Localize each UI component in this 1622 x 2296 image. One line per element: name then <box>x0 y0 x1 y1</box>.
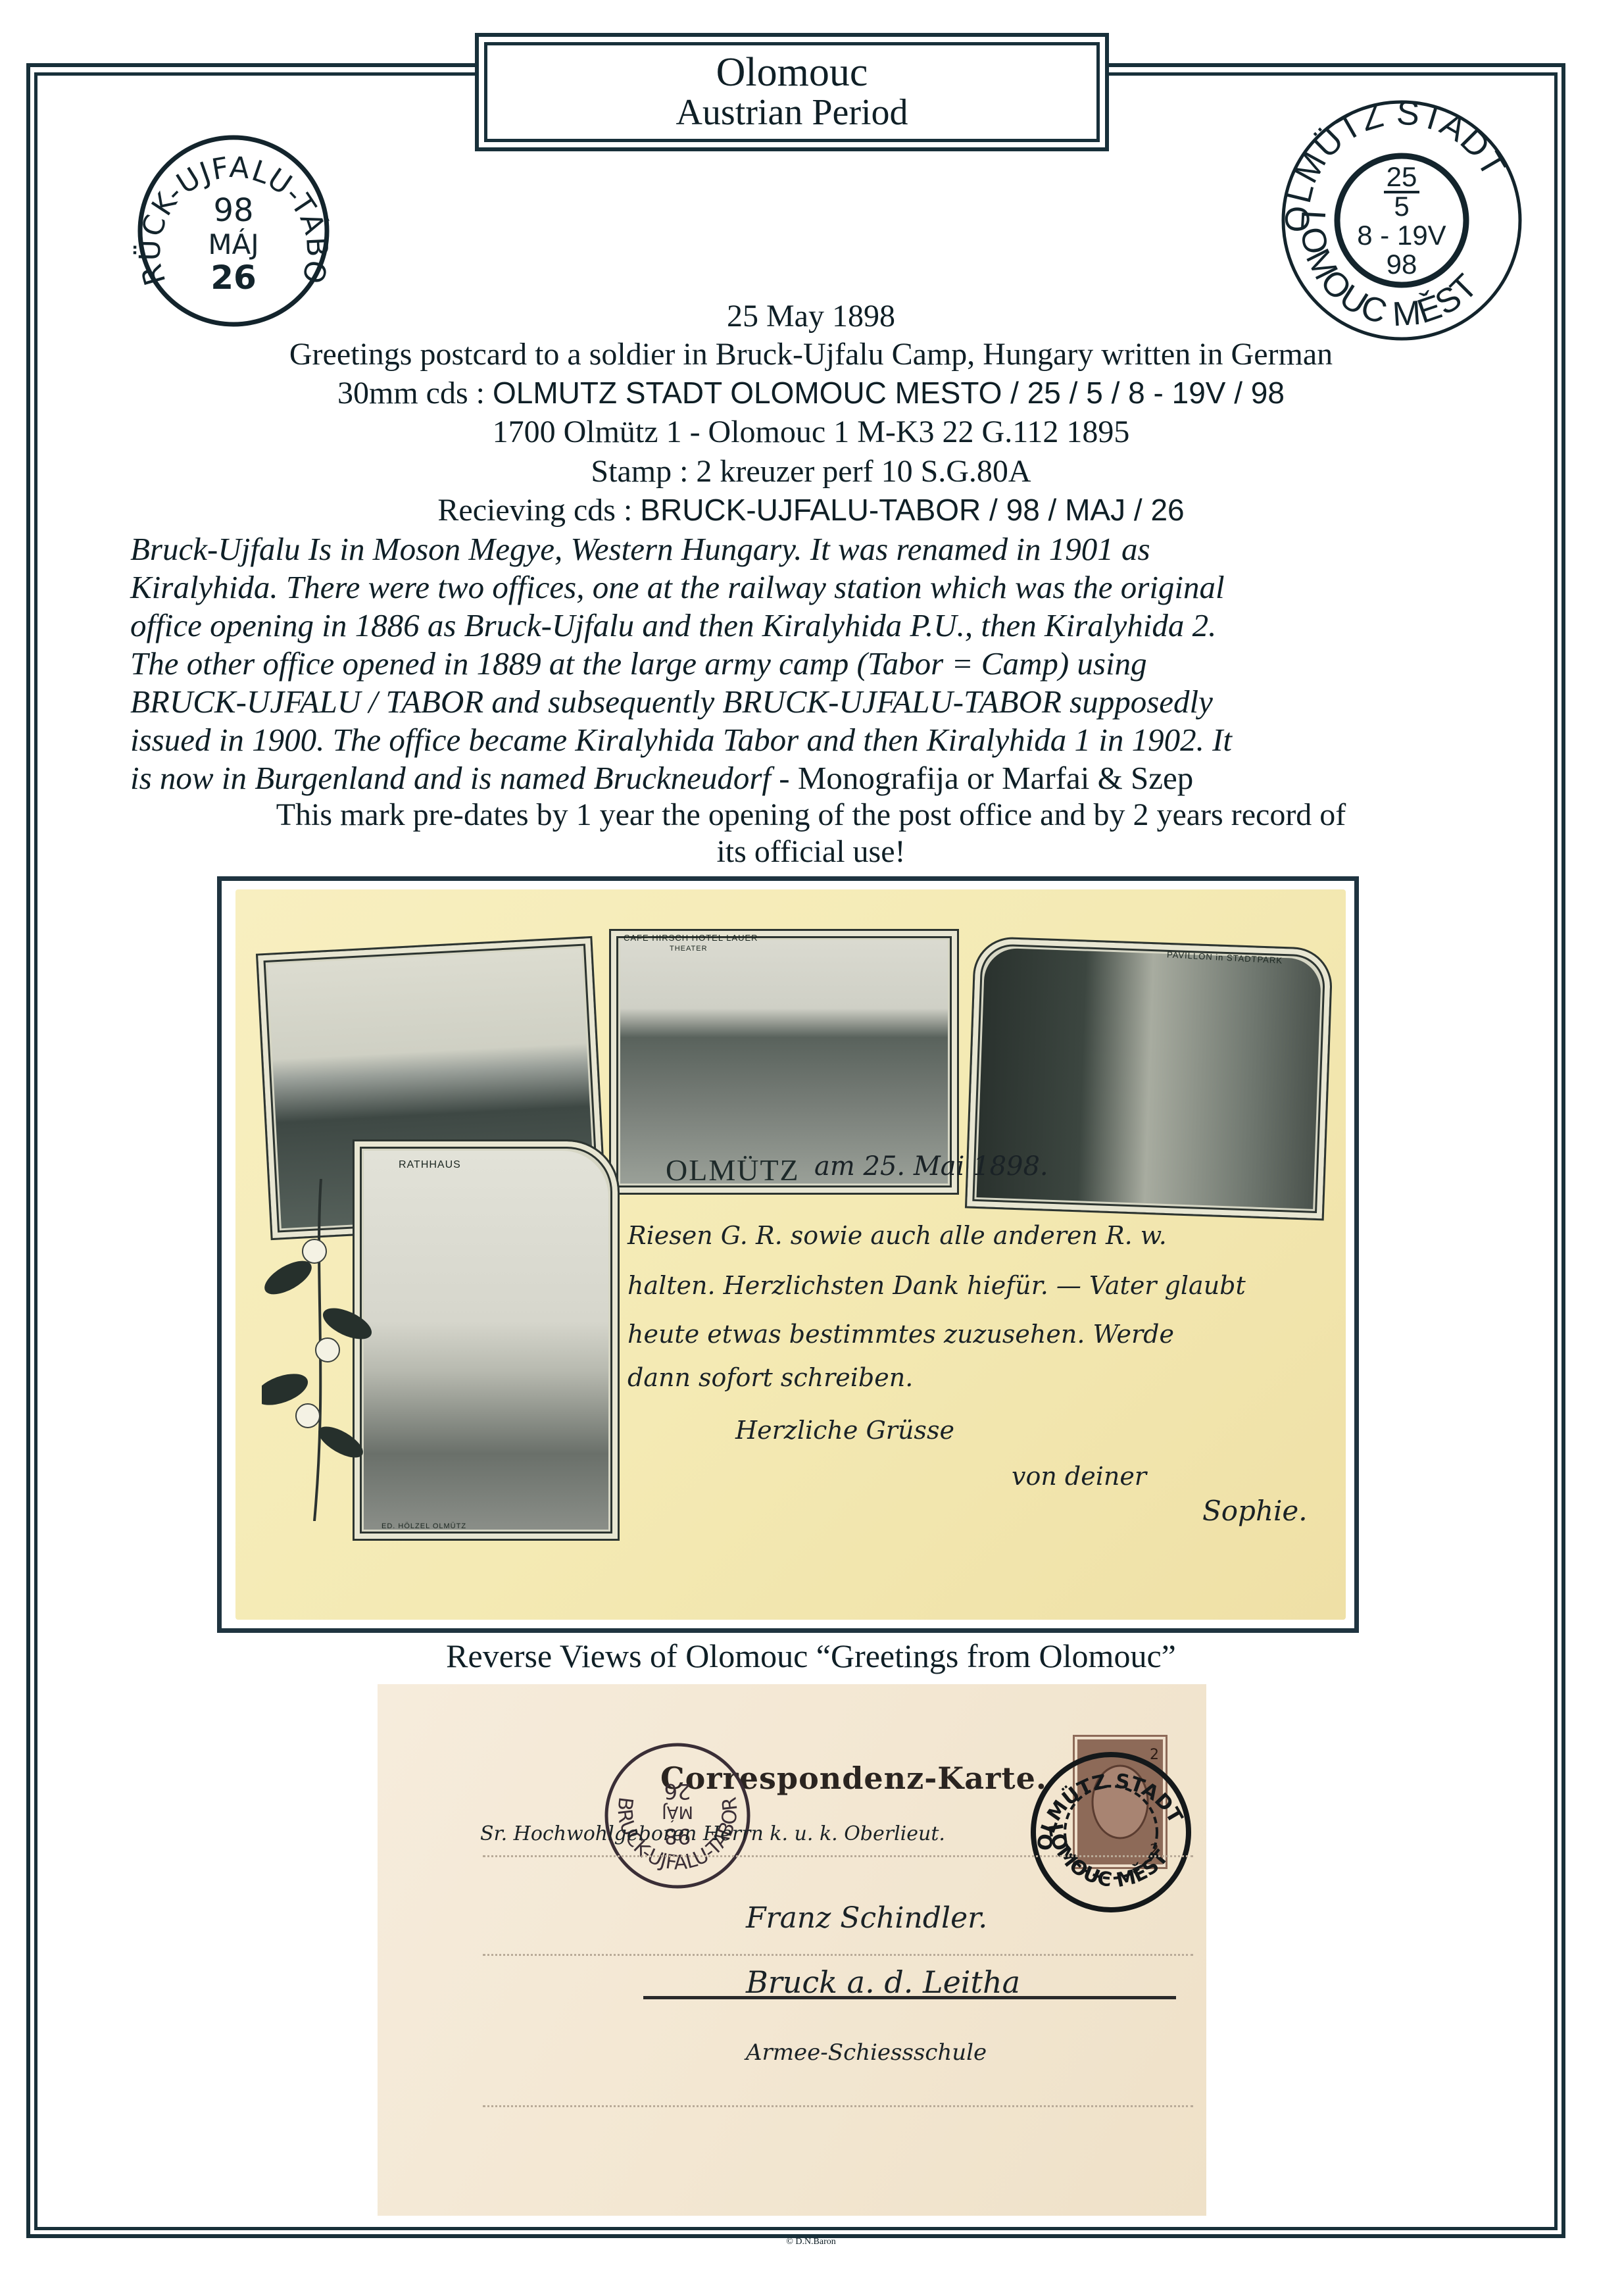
address-line-4: Armee-Schiessschule <box>746 2039 987 2066</box>
despatch-cds-line: 30mm cds : OLMUTZ STADT OLOMOUC MESTO / … <box>0 374 1622 412</box>
receiving-cds-line: Recieving cds : BRUCK-UJFALU-TABOR / 98 … <box>0 491 1622 530</box>
postcard-closing: Herzliche Grüsse <box>735 1416 954 1445</box>
svg-text:26: 26 <box>210 259 257 297</box>
vignette-theater-label: CAFE HIRSCH HOTEL LAUER <box>624 933 758 943</box>
stamp-description: Stamp : 2 kreuzer perf 10 S.G.80A <box>0 453 1622 491</box>
page-title: Olomouc <box>716 52 868 93</box>
bruck-ujfalu-tabor-postmark: BRÜCK-UJFALU-TÁBOR 98 MÁJ 26 <box>132 129 335 333</box>
postcard-dateline: am 25. Mai 1898. <box>814 1151 1048 1182</box>
address-line-1: Sr. Hochwohlgeboren Herrn k. u. k. Oberl… <box>480 1822 945 1845</box>
svg-text:98: 98 <box>213 192 253 229</box>
postcard-message-line-4: dann sofort schreiben. <box>627 1363 913 1392</box>
svg-text:MÁJ: MÁJ <box>662 1802 693 1823</box>
vignette-theater-sublabel: THEATER <box>670 945 708 953</box>
title-box: Olomouc Austrian Period <box>475 33 1109 151</box>
svg-text:MÁJ: MÁJ <box>208 228 258 261</box>
address-line-2: Franz Schindler. <box>746 1901 987 1935</box>
postcard-place-name: OLMÜTZ <box>666 1153 800 1187</box>
significance-note-line1: This mark pre-dates by 1 year the openin… <box>0 796 1622 834</box>
vignette-rathhaus-publisher: ED. HÖLZEL OLMÜTZ <box>381 1522 466 1530</box>
svg-text:25: 25 <box>1387 161 1417 192</box>
address-line-3: Bruck a. d. Leitha <box>746 1964 1020 2000</box>
postcard-reverse: Correspondenz-Karte. BRUCK-UJFALU-TÁBOR … <box>378 1684 1206 2216</box>
postcard-signature: Sophie. <box>1202 1495 1308 1527</box>
reverse-caption: Reverse Views of Olomouc “Greetings from… <box>0 1637 1622 1675</box>
page-subtitle: Austrian Period <box>676 93 908 132</box>
reverse-olmutz-postmark: OLMÜTZ STADT OLOMOUC MĚSTO <box>1029 1750 1193 1914</box>
svg-text:98: 98 <box>1387 249 1417 280</box>
floral-decoration-icon <box>262 1179 380 1521</box>
history-paragraph: Bruck-Ujfalu Is in Moson Megye, Western … <box>130 530 1472 797</box>
postcard-message-line-1: Riesen G. R. sowie auch alle anderen R. … <box>627 1221 1167 1250</box>
postcard-message-line-3: heute etwas bestimmtes zuzusehen. Werde <box>627 1320 1174 1349</box>
vignette-rathhaus <box>353 1139 620 1541</box>
significance-note-line2: its official use! <box>0 833 1622 871</box>
postcard-message-line-2: halten. Herzlichsten Dank hiefür. — Vate… <box>627 1271 1246 1300</box>
postcard-from: von deiner <box>1012 1462 1146 1491</box>
copyright-notice: © D.N.Baron <box>0 2237 1622 2247</box>
svg-text:26: 26 <box>664 1779 691 1804</box>
reverse-bruck-postmark: BRUCK-UJFALU-TÁBOR 98 MÁJ 26 <box>599 1737 756 1895</box>
olmutz-stadt-postmark: OLMÜTZ STADT OLOMOUC MĚSTO 25 5 8 - 19V … <box>1273 92 1530 349</box>
vignette-rathhaus-label: RATHHAUS <box>399 1159 461 1171</box>
svg-text:5: 5 <box>1394 191 1409 222</box>
svg-text:8 - 19V: 8 - 19V <box>1357 220 1446 251</box>
postcard-front: CAFE HIRSCH HOTEL LAUER THEATER PAVILLON… <box>235 889 1346 1620</box>
catalogue-reference: 1700 Olmütz 1 - Olomouc 1 M-K3 22 G.112 … <box>0 413 1622 451</box>
